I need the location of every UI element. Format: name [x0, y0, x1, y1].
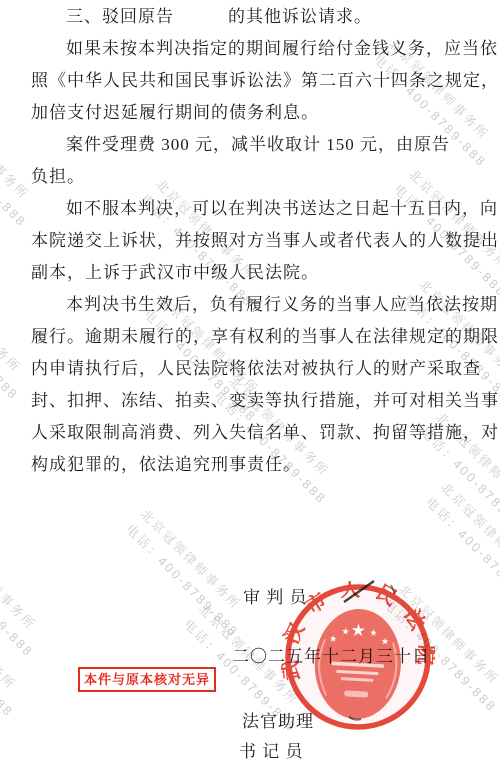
judgment-page: 北京冠领律师事务所电话：400-8789-888北京冠领律师事务所电话：400-… — [0, 0, 500, 764]
body-text: 三、驳回原告 的其他诉讼请求。如果未按本判决指定的期间履行给付金钱义务，应当依照… — [31, 1, 473, 481]
emblem-star-small-icon: ★ — [341, 626, 350, 636]
text-line: 照《中华人民共和国民事诉讼法》第二百六十四条之规定， — [31, 65, 473, 97]
text-line: 如果未按本判决指定的期间履行给付金钱义务，应当依 — [31, 33, 473, 65]
court-seal-icon: 武汉市人民法院 ★ ★ ★ ★ ★ — [281, 581, 435, 735]
text-line: 构成犯罪的，依法追究刑事责任。 — [31, 449, 473, 481]
text-line: 案件受理费 300 元，减半收取计 150 元，由原告 — [31, 129, 473, 161]
text-line: 履行。逾期未履行的，享有权利的当事人在法律规定的期限 — [31, 321, 473, 353]
text-line: 封、扣押、冻结、拍卖、变卖等执行措施，并可对相关当事 — [31, 385, 473, 417]
text-line: 人采取限制高消费、列入失信名单、罚款、拘留等措施，对 — [31, 417, 473, 449]
emblem-star-small-icon: ★ — [381, 636, 390, 646]
text-line: 如不服本判决，可以在判决书送达之日起十五日内，向 — [31, 193, 473, 225]
text-line: 副本，上诉于武汉市中级人民法院。 — [31, 257, 473, 289]
emblem-gear — [344, 690, 368, 697]
text-line: 本院递交上诉状，并按照对方当事人或者代表人的人数提出 — [31, 225, 473, 257]
text-line: 加倍支付迟延履行期间的债务利息。 — [31, 97, 473, 129]
text-line: 三、驳回原告 的其他诉讼请求。 — [31, 1, 473, 33]
text-line: 内申请执行后，人民法院将依法对被执行人的财产采取查 — [31, 353, 473, 385]
emblem-star-small-icon: ★ — [369, 628, 378, 638]
emblem-star-big-icon: ★ — [350, 621, 366, 641]
emblem-star-small-icon: ★ — [329, 633, 338, 643]
text-line: 本判决书生效后，负有履行义务的当事人应当依法按期 — [31, 289, 473, 321]
clerk-label: 书 记 员 — [239, 737, 304, 762]
watermark-item: 北京冠领律师事务所电话：400-8789-888 — [0, 525, 53, 663]
verification-stamp: 本件与原本核对无异 — [78, 667, 216, 692]
text-line: 负担。 — [31, 161, 473, 193]
